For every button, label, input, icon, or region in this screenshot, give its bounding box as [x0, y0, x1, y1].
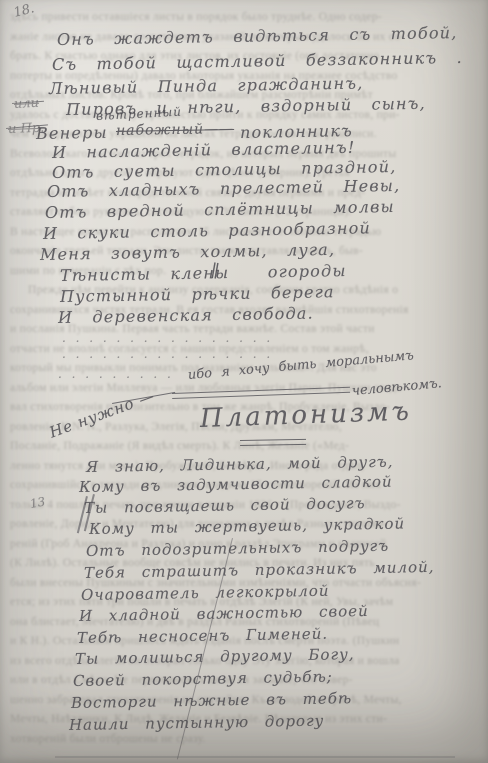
poem2-line: Ты посвящаешь свой досугъ: [84, 494, 366, 517]
poem2-line: Ты молишься другому Богу,: [75, 645, 355, 668]
margin-numeral: 13: [29, 494, 46, 510]
poem1-line: Лѣнивый Пинда гражданинъ,: [49, 74, 364, 98]
poem2-line: Нашли пустынную дорогу: [69, 712, 325, 734]
poem1-line: Венеры: [36, 123, 108, 143]
page-number: 18.: [12, 1, 36, 21]
poem1-line: И деревенская свобода.: [58, 304, 314, 327]
poem1-line: Съ тобой щастливой беззаконникъ .: [52, 48, 463, 74]
margin-variant-note: или: [14, 96, 40, 112]
poem2-line: Тебѣ несносенъ Гименей.: [77, 625, 328, 647]
poem2-line: Очарователь легкокрылой: [81, 582, 330, 604]
ellipsis-line: . . . . . . . . . . . . . . . .: [62, 347, 273, 361]
poem1-line: Тѣнисты клены огороды: [60, 261, 347, 285]
scan-smudge-bottom: [55, 756, 455, 758]
flourish-double-rule: [172, 387, 350, 399]
title-underline: [240, 439, 306, 446]
poem2-line: И хладной важностью своей: [79, 602, 369, 625]
poem2-line: Своей покорствуя судьбѣ;: [73, 667, 333, 690]
manuscript-page: здѣсь привести оставшіеся листы в порядо…: [0, 0, 488, 763]
handwriting-layer: 18. Платонизмъ Онъ жаждетъ видѣться съ т…: [0, 0, 488, 763]
poem2-line: Кому въ задумчивости сладкой: [79, 473, 393, 496]
ellipsis-line: . . . . . . . . .: [58, 367, 174, 381]
poem2-line: Восторги нѣжные въ тебѣ: [71, 689, 352, 712]
poem2-line: Тебя страшитъ проказникъ милой,: [84, 558, 435, 582]
margin-note-ne-nuzhno: Не нужно —: [47, 387, 158, 442]
poem2-line: Отъ подозрительныхъ подругъ: [86, 537, 389, 560]
poem2-line: Кому ты жертвуешь, украдкой: [89, 514, 405, 538]
poem1-line: Пустынной рѣчки берега: [60, 282, 335, 306]
poem1-line: Онъ жаждетъ видѣться съ тобой,: [57, 23, 458, 49]
ellipsis-line: . . . . . . . . . . . . . . . .: [62, 331, 273, 345]
poem1-line: Меня зовутъ холмы, луга,: [40, 240, 336, 264]
struck-word: набожный——: [116, 121, 234, 139]
poem-title: Платонизмъ: [199, 397, 412, 434]
slanted-annotation: человѣкомъ.: [351, 376, 442, 399]
